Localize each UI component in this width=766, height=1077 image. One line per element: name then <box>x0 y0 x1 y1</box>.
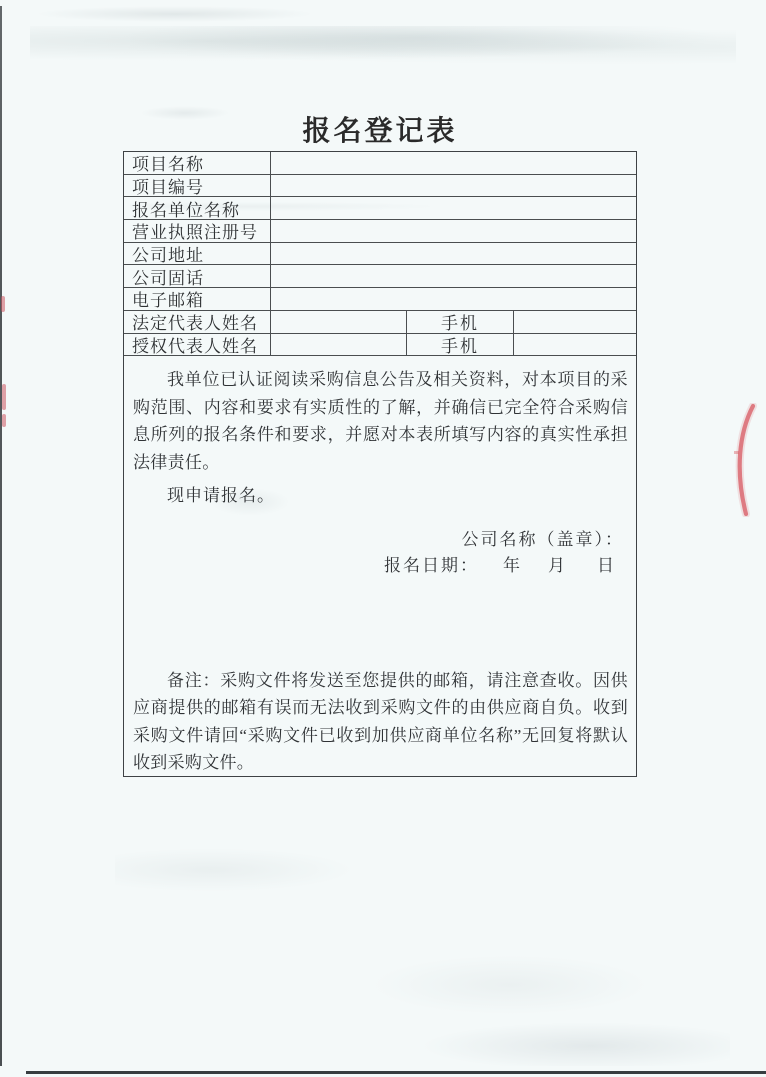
table-row-business-license-number: 营业执照注册号 <box>124 220 636 243</box>
table-row-authorized-representative: 授权代表人姓名 手机 <box>124 334 636 357</box>
declaration-cell: 我单位已认证阅读采购信息公告及相关资料，对本项目的采购范围、内容和要求有实质性的… <box>124 356 636 777</box>
table-row-company-address: 公司地址 <box>124 243 636 266</box>
authorized-representative-value <box>271 334 407 356</box>
apply-line: 现申请报名。 <box>133 482 628 510</box>
scan-noise <box>30 26 736 64</box>
remarks-paragraph: 备注：采购文件将发送至您提供的邮箱，请注意查收。因供应商提供的邮箱有误而无法收到… <box>133 667 628 777</box>
legal-representative-value <box>271 311 407 333</box>
declaration-paragraph: 我单位已认证阅读采购信息公告及相关资料，对本项目的采购范围、内容和要求有实质性的… <box>133 366 628 476</box>
project-name-value <box>271 152 636 174</box>
company-address-value <box>271 243 636 265</box>
company-address-label: 公司地址 <box>124 243 271 265</box>
company-landline-value <box>271 265 636 287</box>
scan-noise <box>370 955 650 1015</box>
table-row-project-name: 项目名称 <box>124 152 636 175</box>
scan-edge-left-line <box>0 6 2 1066</box>
signup-date-label: 报名日期： <box>384 556 479 575</box>
scan-noise <box>420 1022 730 1066</box>
scan-edge-bottom-line <box>26 1071 766 1074</box>
authorized-representative-phone-label: 手机 <box>407 334 514 356</box>
company-landline-label: 公司固话 <box>124 265 271 287</box>
registration-form-table: 项目名称 项目编号 报名单位名称 营业执照注册号 公司地址 公司固话 电子邮箱 <box>123 151 637 777</box>
scan-noise <box>115 848 355 892</box>
email-label: 电子邮箱 <box>124 288 271 310</box>
company-seal-line: 公司名称（盖章）： <box>133 529 628 551</box>
legal-representative-phone-value <box>514 311 636 333</box>
business-license-number-value <box>271 220 636 242</box>
business-license-number-label: 营业执照注册号 <box>124 220 271 242</box>
project-number-label: 项目编号 <box>124 175 271 197</box>
date-day-label: 日 <box>597 556 616 575</box>
applicant-unit-name-label: 报名单位名称 <box>124 197 271 219</box>
table-row-project-number: 项目编号 <box>124 175 636 198</box>
page-title: 报名登记表 <box>123 109 637 149</box>
table-row-applicant-unit-name: 报名单位名称 <box>124 197 636 220</box>
scanned-page: 报名登记表 项目名称 项目编号 报名单位名称 营业执照注册号 公司地址 公司固话 <box>0 0 766 1077</box>
red-pen-dot <box>734 451 739 454</box>
red-pen-dash <box>1 296 5 312</box>
authorized-representative-phone-value <box>514 334 636 356</box>
project-name-label: 项目名称 <box>124 152 271 174</box>
date-year-label: 年 <box>503 556 522 575</box>
authorized-representative-label: 授权代表人姓名 <box>124 334 271 356</box>
red-pen-stroke <box>731 403 759 517</box>
table-row-legal-representative: 法定代表人姓名 手机 <box>124 311 636 334</box>
email-value <box>271 288 636 310</box>
project-number-value <box>271 175 636 197</box>
table-row-company-landline: 公司固话 <box>124 265 636 288</box>
signup-date-line: 报名日期：年月日 <box>133 555 628 577</box>
legal-representative-label: 法定代表人姓名 <box>124 311 271 333</box>
legal-representative-phone-label: 手机 <box>407 311 514 333</box>
applicant-unit-name-value <box>271 197 636 219</box>
date-month-label: 月 <box>548 556 567 575</box>
scan-noise <box>35 6 315 22</box>
red-pen-dash <box>2 384 6 410</box>
table-row-email: 电子邮箱 <box>124 288 636 311</box>
red-pen-dash <box>2 414 6 427</box>
